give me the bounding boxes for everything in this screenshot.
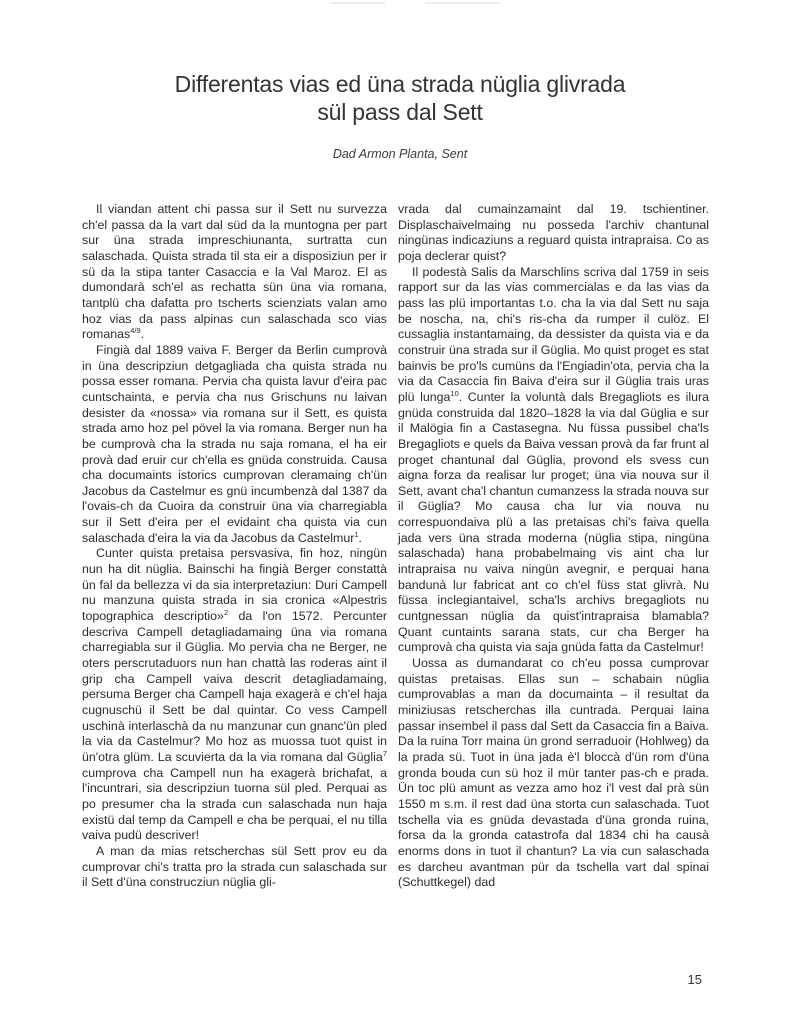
paragraph: Il viandan attent chi passa sur il Sett … bbox=[82, 202, 387, 343]
document-page: Differentas vias ed üna strada nüglia gl… bbox=[0, 0, 800, 1024]
paragraph: Uossa as dumandarat co ch'eu possa cumpr… bbox=[398, 656, 709, 891]
article-title-line-1: Differentas vias ed üna strada nüglia gl… bbox=[100, 70, 700, 98]
footnote-ref: 10 bbox=[450, 389, 458, 398]
article-author: Dad Armon Planta, Sent bbox=[100, 147, 700, 161]
paragraph-text: Il podestà Salis da Marschlins scriva da… bbox=[398, 265, 709, 404]
paragraph: Il podestà Salis da Marschlins scriva da… bbox=[398, 265, 709, 656]
article-title-line-2: sül pass dal Sett bbox=[100, 98, 700, 126]
paragraph: A man da mias retscherchas sül Sett prov… bbox=[82, 844, 387, 891]
paragraph-text: Il viandan attent chi passa sur il Sett … bbox=[82, 202, 387, 341]
scan-artifact-mark bbox=[425, 2, 500, 4]
paragraph-continuation: vrada dal cumainzamaint dal 19. tschient… bbox=[398, 202, 709, 265]
paragraph-text: da l'on 1572. Percunter descriva Campell… bbox=[82, 609, 387, 764]
paragraph-text: Fingià dal 1889 vaiva F. Berger da Berli… bbox=[82, 343, 387, 545]
paragraph: Fingià dal 1889 vaiva F. Berger da Berli… bbox=[82, 343, 387, 547]
text-column-right: vrada dal cumainzamaint dal 19. tschient… bbox=[398, 202, 709, 891]
paragraph-text: vrada dal cumainzamaint dal 19. tschient… bbox=[398, 202, 709, 263]
paragraph-text: . bbox=[359, 531, 362, 545]
paragraph-text: A man da mias retscherchas sül Sett prov… bbox=[82, 844, 387, 889]
paragraph-text: . Cunter la voluntà dals Bregagliots es … bbox=[398, 390, 709, 655]
paragraph: Cunter quista pretaisa persvasiva, fin h… bbox=[82, 546, 387, 843]
paragraph-text: Uossa as dumandarat co ch'eu possa cumpr… bbox=[398, 656, 709, 889]
paragraph-text: cumprova cha Campell nun ha exagerà bric… bbox=[82, 766, 387, 843]
text-column-left: Il viandan attent chi passa sur il Sett … bbox=[82, 202, 387, 891]
page-number: 15 bbox=[670, 972, 702, 987]
scan-artifact-mark bbox=[330, 2, 385, 4]
paragraph-text: . bbox=[141, 327, 144, 341]
footnote-ref: 7 bbox=[383, 749, 387, 758]
footnote-ref: 4/9 bbox=[130, 326, 140, 335]
article-title: Differentas vias ed üna strada nüglia gl… bbox=[100, 70, 700, 126]
